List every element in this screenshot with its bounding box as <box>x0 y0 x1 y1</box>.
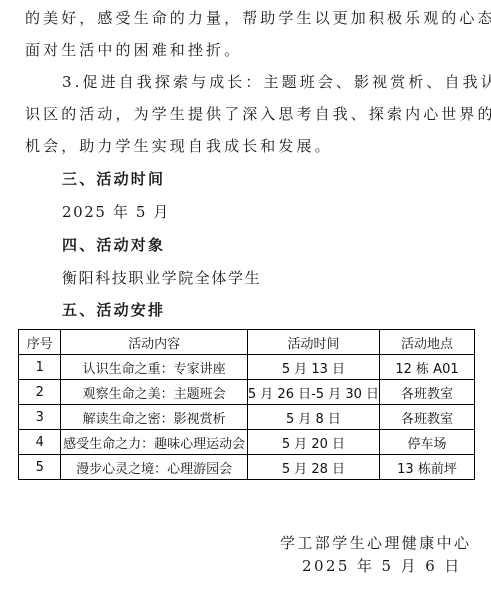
cell-time: 5 月 20 日 <box>247 430 379 455</box>
cell-time: 5 月 28 日 <box>247 455 379 480</box>
cell-index: 3 <box>19 405 61 430</box>
schedule-table: 序号 活动内容 活动时间 活动地点 1 认识生命之重：专家讲座 5 月 13 日… <box>18 329 475 480</box>
table-row: 1 认识生命之重：专家讲座 5 月 13 日 12 栋 A01 <box>19 355 475 380</box>
signature-date: 2025 年 5 月 6 日 <box>302 556 462 576</box>
table-row: 5 漫步心灵之境：心理游园会 5 月 28 日 13 栋前坪 <box>19 455 475 480</box>
cell-index: 4 <box>19 430 61 455</box>
table-row: 3 解读生命之密：影视赏析 5 月 8 日 各班教室 <box>19 405 475 430</box>
header-cell-content: 活动内容 <box>61 330 247 355</box>
cell-time: 5 月 8 日 <box>247 405 379 430</box>
cell-location: 13 栋前坪 <box>380 455 475 480</box>
body-text-line: 识区的活动，为学生提供了深入思考自我、探索内心世界的 <box>25 104 491 124</box>
body-text-line: 的美好，感受生命的力量，帮助学生以更加积极乐观的心态 <box>25 8 491 28</box>
cell-index: 5 <box>19 455 61 480</box>
body-text-line: 机会，助力学生实现自我成长和发展。 <box>25 136 333 156</box>
cell-index: 2 <box>19 380 61 405</box>
cell-content: 漫步心灵之境：心理游园会 <box>61 455 247 480</box>
cell-content: 观察生命之美：主题班会 <box>61 380 247 405</box>
cell-content: 解读生命之密：影视赏析 <box>61 405 247 430</box>
section-value-target: 衡阳科技职业学院全体学生 <box>62 268 261 288</box>
section-heading-target: 四、活动对象 <box>62 235 165 255</box>
section-heading-time: 三、活动时间 <box>62 169 165 189</box>
section-value-time: 2025 年 5 月 <box>62 202 170 222</box>
body-text-line: 面对生活中的困难和挫折。 <box>25 40 242 60</box>
section-heading-schedule: 五、活动安排 <box>62 300 165 320</box>
body-text-line: 3.促进自我探索与成长：主题班会、影视赏析、自我认 <box>62 72 491 92</box>
cell-content: 认识生命之重：专家讲座 <box>61 355 247 380</box>
cell-location: 12 栋 A01 <box>380 355 475 380</box>
cell-time: 5 月 26 日-5 月 30 日 <box>247 380 379 405</box>
header-cell-index: 序号 <box>19 330 61 355</box>
cell-location: 各班教室 <box>380 405 475 430</box>
cell-index: 1 <box>19 355 61 380</box>
table-row: 4 感受生命之力：趣味心理运动会 5 月 20 日 停车场 <box>19 430 475 455</box>
header-cell-time: 活动时间 <box>247 330 379 355</box>
cell-location: 各班教室 <box>380 380 475 405</box>
signature-organization: 学工部学生心理健康中心 <box>280 533 471 553</box>
cell-time: 5 月 13 日 <box>247 355 379 380</box>
table-row: 2 观察生命之美：主题班会 5 月 26 日-5 月 30 日 各班教室 <box>19 380 475 405</box>
cell-content: 感受生命之力：趣味心理运动会 <box>61 430 247 455</box>
table-header-row: 序号 活动内容 活动时间 活动地点 <box>19 330 475 355</box>
header-cell-location: 活动地点 <box>380 330 475 355</box>
cell-location: 停车场 <box>380 430 475 455</box>
